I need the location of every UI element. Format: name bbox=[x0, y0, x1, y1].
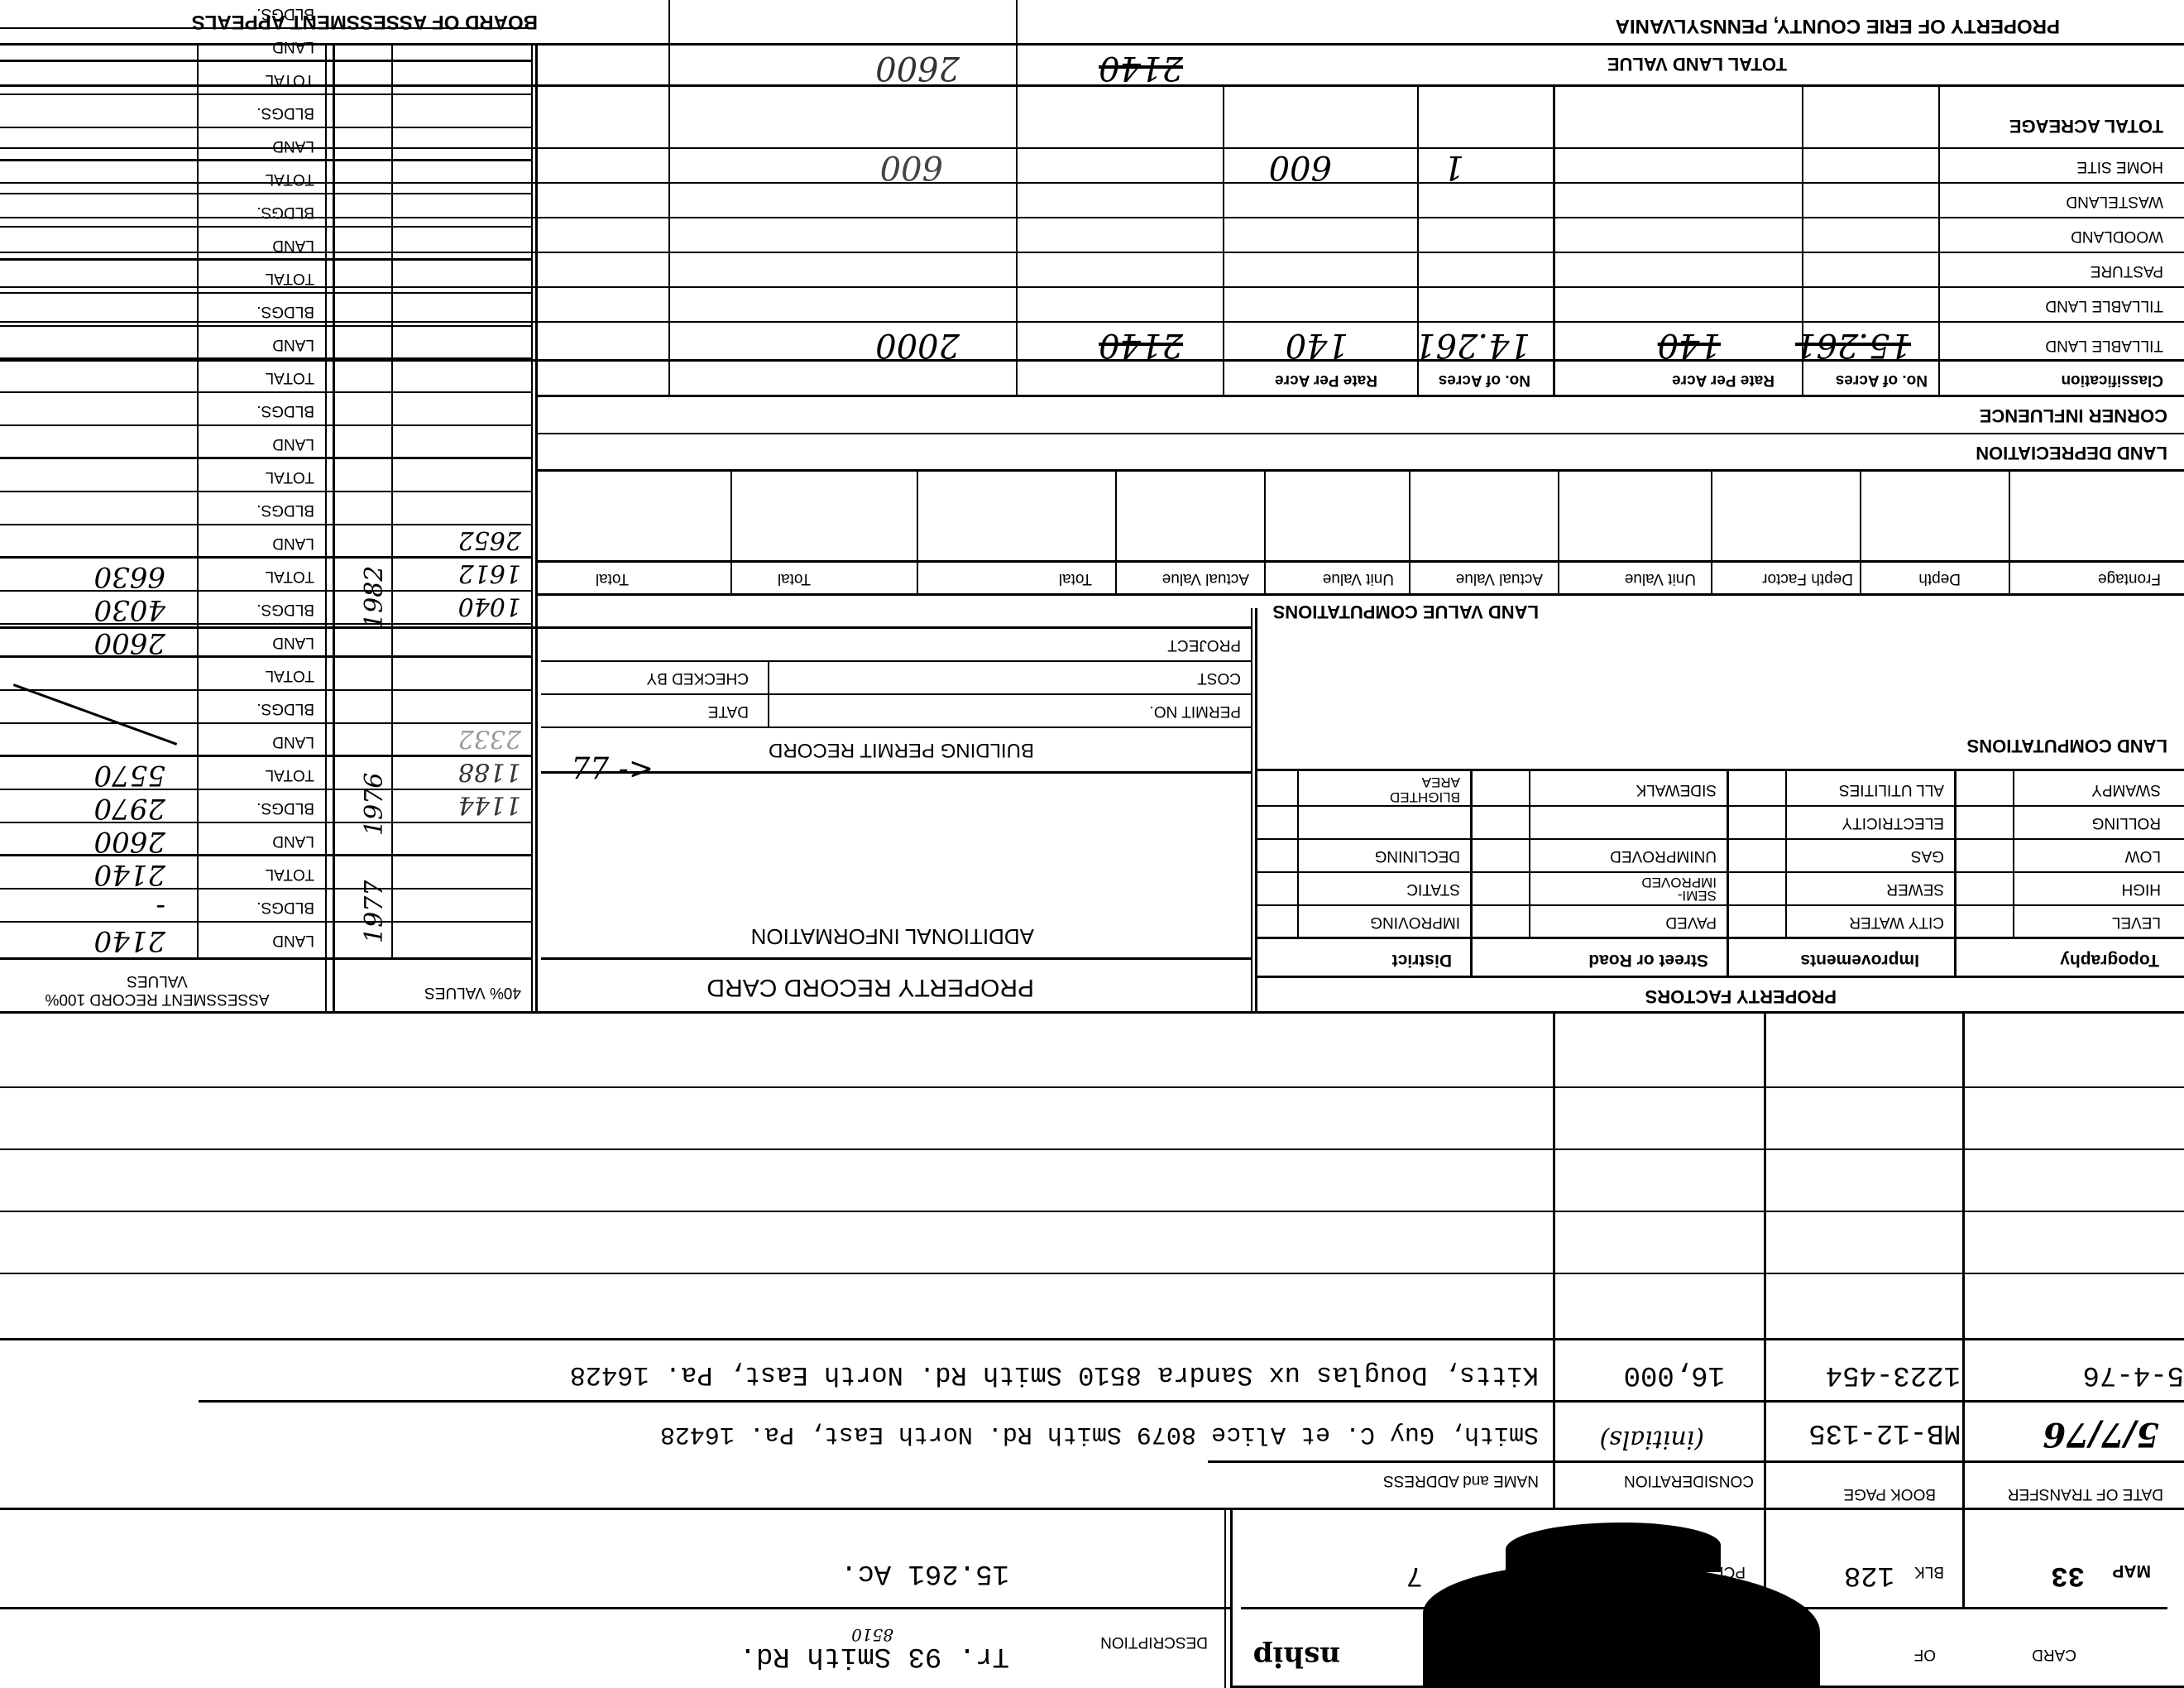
county-header: PROPERTY OF ERIE COUNTY, PENNSYLVANIA bbox=[1616, 14, 2060, 37]
divider bbox=[0, 321, 2184, 323]
divider bbox=[0, 722, 533, 724]
divider bbox=[0, 1338, 2184, 1340]
divider bbox=[1257, 769, 2184, 771]
divider bbox=[0, 524, 533, 525]
divider bbox=[1409, 472, 1410, 596]
divider bbox=[0, 1607, 1233, 1609]
values-40-entry: 2332 bbox=[458, 724, 521, 753]
divider bbox=[0, 258, 533, 261]
transfer-date: 5/7/76 bbox=[2043, 1415, 2159, 1454]
divider bbox=[535, 46, 538, 1014]
assessment-row-label: LAND bbox=[272, 137, 314, 155]
additional-info-title: ADDITIONAL INFORMATION bbox=[751, 923, 1034, 949]
district-blighted-area: BLIGHTED AREA bbox=[1377, 774, 1460, 804]
assessment-total-value: 5570 bbox=[93, 759, 165, 792]
cost-label: COST bbox=[1197, 669, 1241, 687]
assessment-row-label: TOTAL bbox=[266, 269, 314, 287]
values-40-label: 40% VALUES bbox=[424, 983, 521, 1001]
divider bbox=[0, 556, 533, 559]
year-note: 1976 bbox=[360, 773, 389, 836]
year-note: 1982 bbox=[360, 566, 389, 629]
divider bbox=[1257, 805, 2184, 807]
divider bbox=[1257, 838, 2184, 840]
divider bbox=[0, 424, 533, 426]
board-header: BOARD OF ASSESSMENT APPEALS bbox=[192, 10, 538, 33]
divider bbox=[668, 0, 670, 397]
lvc-col-total-1: Total bbox=[1059, 569, 1092, 587]
divider bbox=[541, 693, 1252, 695]
divider bbox=[541, 957, 1252, 960]
assessment-row-label: LAND bbox=[272, 534, 314, 552]
assessment-row-label: BLDGS. bbox=[256, 103, 314, 122]
divider bbox=[2009, 472, 2010, 596]
divider bbox=[1470, 771, 1473, 978]
divider bbox=[0, 1211, 2184, 1212]
divider bbox=[730, 472, 732, 596]
acreage-rate-1: 140 bbox=[1658, 326, 1721, 364]
assessment-row-label: TOTAL bbox=[266, 666, 314, 684]
assessment-row-label: LAND bbox=[272, 335, 314, 353]
divider bbox=[538, 560, 2184, 563]
assessment-row-label: TOTAL bbox=[266, 170, 314, 188]
divider bbox=[1529, 771, 1530, 939]
divider bbox=[1257, 976, 2184, 978]
transfer-name-address: Smith, Guy C. et Alice 8079 Smith Rd. No… bbox=[660, 1420, 1539, 1448]
divider bbox=[1223, 87, 1224, 397]
street-semi-improved: SEMI-IMPROVED bbox=[1617, 875, 1717, 902]
acreage-acres-2: 14.261 bbox=[1415, 326, 1530, 364]
district-declining: DECLINING bbox=[1375, 846, 1460, 865]
divider bbox=[0, 43, 2184, 46]
assessment-row-label: TOTAL bbox=[266, 865, 314, 883]
district-static: STATIC bbox=[1406, 880, 1460, 898]
acreage-class: HOME SITE bbox=[2076, 157, 2163, 175]
street-unimproved: UNIMPROVED bbox=[1610, 846, 1717, 865]
blk-value: 128 bbox=[1844, 1559, 1894, 1590]
impr-city-water: CITY WATER bbox=[1849, 913, 1944, 931]
description-superscript: 8510 bbox=[851, 1625, 893, 1645]
assessment-bldgs-value: - bbox=[156, 891, 166, 924]
divider bbox=[538, 433, 2184, 434]
assessment-row-label: BLDGS. bbox=[256, 600, 314, 618]
assessment-row-label: LAND bbox=[272, 633, 314, 651]
transfer-book-page: MB-12-135 bbox=[1808, 1417, 1961, 1448]
corner-influence-label: CORNER INFLUENCE bbox=[1980, 405, 2167, 426]
card-label: CARD bbox=[2032, 1645, 2076, 1663]
divider bbox=[0, 623, 533, 625]
values-40-entry: 1040 bbox=[458, 592, 521, 621]
divider bbox=[0, 1011, 2184, 1014]
total-land-value-1: 2600 bbox=[875, 49, 960, 87]
acreage-col-rate-1: Rate Per Acre bbox=[1672, 371, 1774, 389]
divider bbox=[0, 357, 533, 360]
map-value: 33 bbox=[2051, 1559, 2085, 1590]
lvc-col-total-3: Total bbox=[596, 569, 629, 587]
divider bbox=[1230, 1510, 1233, 1688]
transfer-consideration: 16,000 bbox=[1624, 1359, 1725, 1390]
street-header: Street or Road bbox=[1588, 950, 1708, 970]
divider bbox=[538, 593, 2184, 596]
divider bbox=[0, 1149, 2184, 1150]
land-computations-title: LAND COMPUTATIONS bbox=[1967, 735, 2167, 756]
total-land-value-label: TOTAL LAND VALUE bbox=[1607, 53, 1787, 74]
assessment-row-label: LAND bbox=[272, 832, 314, 850]
divider bbox=[0, 755, 533, 757]
name-address-header: NAME and ADDRESS bbox=[1383, 1471, 1539, 1489]
description-label: DESCRIPTION bbox=[1100, 1633, 1208, 1651]
divider bbox=[333, 46, 335, 1014]
transfer-consideration: (initials) bbox=[1600, 1425, 1704, 1454]
topography-header: Topography bbox=[2060, 950, 2159, 970]
pcl-value: 7 bbox=[1406, 1559, 1423, 1590]
assessment-total-value: 6630 bbox=[93, 560, 165, 593]
acreage-col-classification: Classification bbox=[2061, 371, 2163, 389]
lvc-col-actual-value: Actual Value bbox=[1456, 569, 1543, 587]
property-record-card: PROPERTY OF ERIE COUNTY, PENNSYLVANIA BO… bbox=[0, 0, 2184, 1688]
district-header: District bbox=[1392, 950, 1452, 970]
divider bbox=[0, 854, 533, 856]
divider bbox=[0, 286, 2184, 288]
divider bbox=[0, 822, 533, 823]
lvc-col-frontage: Frontage bbox=[2098, 569, 2161, 587]
township-label: nship bbox=[1253, 1640, 1340, 1673]
acreage-total-1: 600 bbox=[880, 148, 943, 186]
divider bbox=[1860, 472, 1861, 596]
values-40-entry: 2652 bbox=[458, 525, 521, 554]
divider bbox=[0, 491, 533, 492]
assessment-land-value: 2600 bbox=[93, 825, 165, 858]
of-label: OF bbox=[1914, 1645, 1936, 1663]
improvements-header: Improvements bbox=[1800, 950, 1919, 970]
divider bbox=[1954, 771, 1956, 978]
permit-date-label: DATE bbox=[708, 702, 749, 720]
divider bbox=[541, 727, 1252, 728]
blk-label: BLK bbox=[1914, 1562, 1944, 1580]
divider bbox=[199, 1400, 2184, 1403]
divider bbox=[1257, 904, 2184, 906]
divider bbox=[1208, 1460, 2184, 1463]
divider bbox=[1264, 472, 1266, 596]
street-paved: PAVED bbox=[1665, 913, 1717, 931]
assessment-row-label: BLDGS. bbox=[256, 401, 314, 420]
divider bbox=[531, 46, 533, 1014]
transfer-book-page: 1223-454 bbox=[1826, 1359, 1961, 1390]
divider bbox=[0, 957, 533, 960]
divider bbox=[0, 921, 533, 923]
torn-corner bbox=[1423, 1564, 1820, 1688]
divider bbox=[1255, 608, 1257, 1014]
acreage-col-rate-2: Rate Per Acre bbox=[1275, 371, 1377, 389]
topo-swampy: SWAMPY bbox=[2091, 780, 2161, 798]
land-value-computations-title: LAND VALUE COMPUTATIONS bbox=[1273, 601, 1539, 622]
assessment-total-value: 2140 bbox=[93, 858, 165, 891]
divider bbox=[0, 226, 533, 228]
assessment-row-label: TOTAL bbox=[266, 70, 314, 89]
acreage-total-2: 2140 bbox=[1099, 326, 1183, 364]
assessment-row-label: TOTAL bbox=[266, 567, 314, 585]
lvc-col-total-2: Total bbox=[778, 569, 811, 587]
divider bbox=[768, 662, 769, 728]
divider bbox=[0, 94, 533, 95]
acreage-class: WOODLAND bbox=[2071, 227, 2163, 245]
acreage-acres-2: 1 bbox=[1444, 148, 1464, 186]
divider bbox=[0, 626, 1252, 629]
divider bbox=[1115, 472, 1117, 596]
divider bbox=[1553, 1014, 1555, 1510]
description-line2: 15.261 Ac. bbox=[841, 1557, 1009, 1589]
assessment-row-label: BLDGS. bbox=[256, 203, 314, 221]
acreage-col-acres-2: No. of Acres bbox=[1439, 371, 1530, 389]
topo-high: HIGH bbox=[2122, 880, 2162, 898]
divider bbox=[0, 457, 533, 459]
acreage-total-1: 2000 bbox=[875, 326, 960, 364]
topo-rolling: ROLLING bbox=[2092, 813, 2161, 832]
impr-all-utilities: ALL UTILITIES bbox=[1839, 780, 1944, 798]
divider bbox=[1257, 871, 2184, 873]
assessment-land-value: 2600 bbox=[93, 626, 165, 659]
additional-info-note: 77 -> bbox=[571, 752, 654, 786]
divider bbox=[325, 46, 327, 1014]
divider bbox=[1016, 0, 1018, 397]
divider bbox=[1553, 87, 1555, 397]
divider bbox=[1558, 472, 1559, 596]
assessment-row-label: TOTAL bbox=[266, 765, 314, 784]
divider bbox=[0, 217, 2184, 218]
project-label: PROJECT bbox=[1167, 635, 1241, 654]
divider bbox=[0, 1273, 2184, 1274]
assessment-row-label: BLDGS. bbox=[256, 302, 314, 320]
transfer-name-address: Kitts, Douglas ux Sandra 8510 Smith Rd. … bbox=[570, 1360, 1539, 1390]
divider bbox=[0, 147, 2184, 149]
property-factors-title: PROPERTY FACTORS bbox=[1645, 985, 1837, 1007]
divider bbox=[0, 1086, 2184, 1088]
divider bbox=[0, 789, 533, 790]
divider bbox=[1297, 771, 1299, 939]
district-improving: IMPROVING bbox=[1370, 913, 1460, 931]
divider bbox=[0, 689, 533, 691]
assessment-row-label: LAND bbox=[272, 732, 314, 750]
impr-sewer: SEWER bbox=[1886, 880, 1944, 898]
year-note: 1977 bbox=[360, 880, 389, 943]
acreage-rate-2: 140 bbox=[1286, 326, 1348, 364]
acreage-rate-2: 600 bbox=[1269, 148, 1332, 186]
impr-gas: GAS bbox=[1911, 846, 1944, 865]
divider bbox=[0, 27, 533, 29]
assessment-row-label: BLDGS. bbox=[256, 501, 314, 519]
acreage-class: PASTURE bbox=[2091, 261, 2163, 280]
divider bbox=[1251, 608, 1252, 1014]
permit-no-label: PERMIT NO. bbox=[1150, 702, 1242, 720]
divider bbox=[0, 292, 533, 294]
divider bbox=[1938, 87, 1940, 397]
permit-record-title: BUILDING PERMIT RECORD bbox=[769, 738, 1034, 761]
topo-low: LOW bbox=[2125, 846, 2161, 865]
assessment-row-label: TOTAL bbox=[266, 368, 314, 386]
divider bbox=[0, 182, 2184, 184]
divider bbox=[1785, 771, 1787, 939]
lvc-col-depth-factor: Depth Factor bbox=[1762, 569, 1853, 587]
divider bbox=[0, 590, 533, 592]
acreage-acres-1: 15.261 bbox=[1795, 326, 1911, 364]
assessment-bldgs-value: 2970 bbox=[93, 792, 165, 825]
divider bbox=[0, 159, 533, 161]
book-page-header: BOOK PAGE bbox=[1837, 1485, 1936, 1502]
assessment-row-label: LAND bbox=[272, 37, 314, 55]
divider bbox=[538, 395, 2184, 397]
divider bbox=[1962, 1014, 1965, 1510]
assessment-100-label: ASSESSMENT RECORD 100% VALUES bbox=[25, 971, 290, 1008]
assessment-land-value: 2140 bbox=[93, 924, 165, 957]
assessment-row-label: TOTAL bbox=[266, 468, 314, 486]
assessment-row-label: BLDGS. bbox=[256, 798, 314, 817]
lvc-col-actual-value-2: Actual Value bbox=[1162, 569, 1249, 587]
divider bbox=[1727, 771, 1729, 978]
divider bbox=[0, 1508, 2184, 1510]
divider bbox=[0, 252, 2184, 253]
divider bbox=[1257, 937, 2184, 939]
divider bbox=[541, 660, 1252, 662]
divider bbox=[0, 655, 533, 658]
assessment-row-label: LAND bbox=[272, 931, 314, 949]
divider bbox=[2013, 771, 2014, 939]
divider bbox=[0, 127, 533, 128]
assessment-row-label: BLDGS. bbox=[256, 699, 314, 717]
consideration-header: CONSIDERATION bbox=[1624, 1471, 1754, 1489]
assessment-bldgs-value: 4030 bbox=[93, 593, 165, 626]
divider bbox=[0, 888, 533, 890]
values-40-entry: 1188 bbox=[458, 757, 521, 786]
torn-corner bbox=[1506, 1523, 1721, 1572]
street-sidewalk: SIDEWALK bbox=[1636, 780, 1717, 798]
acreage-col-acres-1: No. of Acres bbox=[1836, 371, 1928, 389]
divider bbox=[0, 325, 533, 327]
acreage-class: TILLABLE LAND bbox=[2045, 296, 2163, 314]
divider bbox=[1764, 1014, 1766, 1510]
assessment-row-label: LAND bbox=[272, 434, 314, 453]
assessment-row-label: BLDGS. bbox=[256, 898, 314, 916]
divider bbox=[0, 193, 533, 194]
assessment-row-label: LAND bbox=[272, 236, 314, 254]
lvc-col-depth: Depth bbox=[1918, 569, 1961, 587]
divider bbox=[538, 469, 2184, 472]
divider bbox=[541, 771, 1252, 774]
acreage-class: TILLABLE LAND bbox=[2045, 336, 2163, 354]
values-40-entry: 1612 bbox=[458, 559, 521, 587]
impr-electricity: ELECTRICITY bbox=[1842, 813, 1944, 832]
transfer-date: 5-4-76 bbox=[2083, 1359, 2184, 1390]
record-card-title: PROPERTY RECORD CARD bbox=[706, 973, 1034, 1001]
assessment-row-label: BLDGS. bbox=[256, 4, 314, 22]
acreage-class: TOTAL ACREAGE bbox=[2009, 115, 2163, 137]
total-land-value-2: 2140 bbox=[1099, 49, 1183, 87]
divider bbox=[0, 391, 533, 393]
divider bbox=[0, 60, 533, 62]
map-label: MAP bbox=[2112, 1561, 2151, 1580]
topo-level: LEVEL bbox=[2112, 913, 2161, 931]
divider bbox=[0, 84, 2184, 87]
divider bbox=[1962, 1510, 1965, 1609]
lvc-col-unit-value-2: Unit Value bbox=[1323, 569, 1394, 587]
land-depreciation-label: LAND DEPRECIATION bbox=[1976, 442, 2167, 463]
checked-by-label: CHECKED BY bbox=[646, 669, 749, 687]
divider bbox=[917, 472, 918, 596]
divider bbox=[1224, 1510, 1226, 1688]
acreage-class: WASTELAND bbox=[2066, 192, 2163, 210]
values-40-entry: 1144 bbox=[458, 790, 521, 819]
strike-mark bbox=[13, 683, 177, 746]
divider bbox=[1711, 472, 1712, 596]
lvc-col-unit-value: Unit Value bbox=[1625, 569, 1696, 587]
transfer-date-header: DATE OF TRANSFER bbox=[1981, 1485, 2163, 1502]
